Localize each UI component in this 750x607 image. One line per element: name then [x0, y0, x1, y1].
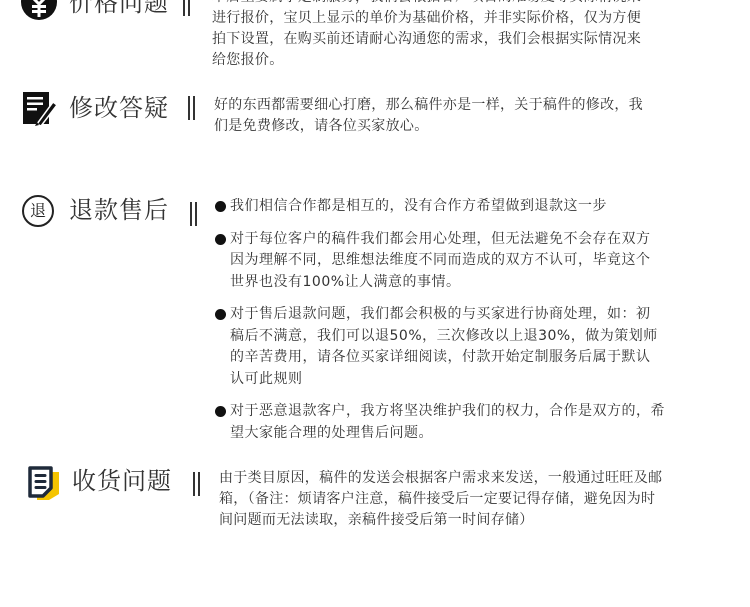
heading-separator: [183, 0, 190, 16]
section-revision: 修改答疑 好的东西都需要细心打磨，那么稿件亦是一样，关于稿件的修改，我 们是免费…: [0, 88, 750, 148]
delivery-text: 由于类目原因，稿件的发送会根据客户需求来发送，一般通过旺旺及邮 箱，（备注：烦请…: [219, 468, 739, 531]
heading-delivery: 收货问题: [72, 466, 172, 496]
heading-separator: [190, 202, 197, 226]
heading-refund: 退款售后: [69, 195, 169, 225]
section-price: 价格问题 本店主要属于定制服务，我们会根据客户项目的难易度等实际情况来 进行报价…: [0, 0, 750, 75]
bullet-dot: [215, 201, 226, 212]
refund-circle-icon: 退: [22, 195, 54, 227]
heading-price: 价格问题: [69, 0, 169, 18]
refund-bullets: 我们相信合作都是相互的，没有合作方希望做到退款这一步 对于每位客户的稿件我们都会…: [214, 196, 734, 455]
edit-document-icon: [23, 92, 59, 126]
yuan-coin-icon: [21, 0, 57, 20]
document-list-icon: [27, 466, 61, 500]
list-item: 对于每位客户的稿件我们都会用心处理，但无法避免不会存在双方 因为理解不同，思维想…: [214, 229, 734, 294]
list-item: 对于恶意退款客户，我方将坚决维护我们的权力，合作是双方的，希 望大家能合理的处理…: [214, 401, 734, 444]
section-delivery: 收货问题 由于类目原因，稿件的发送会根据客户需求来发送，一般通过旺旺及邮 箱，（…: [0, 462, 750, 542]
section-refund: 退 退款售后 我们相信合作都是相互的，没有合作方希望做到退款这一步 对于每位客户…: [0, 190, 750, 450]
list-item: 对于售后退款问题，我们都会积极的与买家进行协商处理，如：初 稿后不满意，我们可以…: [214, 304, 734, 390]
bullet-dot: [215, 309, 226, 320]
bullet-dot: [215, 406, 226, 417]
bullet-dot: [215, 234, 226, 245]
heading-separator: [188, 96, 195, 120]
heading-separator: [193, 472, 200, 496]
revision-text: 好的东西都需要细心打磨，那么稿件亦是一样，关于稿件的修改，我 们是免费修改，请各…: [214, 95, 734, 137]
heading-revision: 修改答疑: [69, 93, 169, 123]
price-text: 本店主要属于定制服务，我们会根据客户项目的难易度等实际情况来 进行报价，宝贝上显…: [212, 0, 732, 71]
list-item: 我们相信合作都是相互的，没有合作方希望做到退款这一步: [214, 196, 734, 218]
